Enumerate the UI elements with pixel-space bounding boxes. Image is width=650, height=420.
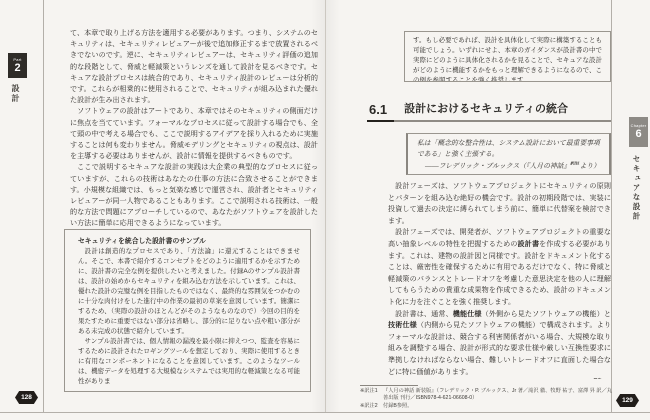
footnote-marker: ※訳注2 (360, 403, 383, 410)
gutter-shadow-right (326, 0, 340, 412)
column-paragraph: サンプル設計書では、個人情報の漏洩を最小限に抑えつつ、監査を容易にするために設計… (78, 337, 300, 387)
column-tab: Column (64, 233, 65, 263)
right-page-body: 設計フェーズは、ソフトウェアプロジェクトにセキュリティの原則とパターンを組み込む… (388, 181, 611, 379)
body-paragraph: 設計フェーズでは、開発者が、ソフトウェアプロジェクトの重要な高い抽象レベルの特性… (388, 227, 611, 308)
left-page-body: て、本章で取り上げる方法を適用する必要があります。つまり、システムのセキュリティ… (70, 28, 318, 227)
part-tab-number: 2 (8, 63, 27, 74)
footnotes: ※訳注1 『人月の神話 新装版』（フレデリック・P. ブルックス、Jr 著／滝沢… (360, 388, 612, 410)
body-paragraph: ここで説明するセキュアな設計の実践は大企業の典型的なプロセスに従っていますが、こ… (70, 162, 318, 227)
body-paragraph: 設計フェーズは、ソフトウェアプロジェクトにセキュリティの原則とパターンを組み込む… (388, 181, 611, 227)
page-gutter-line (325, 0, 326, 412)
body-paragraph: ソフトウェアの設計案を見るときは、「セキュリティハット」訳注2をかぶってください… (388, 378, 611, 379)
quote-attribution: ――フレデリック・ブルックス（『人月の神話』訳注1より） (417, 162, 600, 173)
footnote-text: 付録B参照。 (383, 403, 612, 410)
footnote-row: ※訳注2 付録B参照。 (360, 403, 612, 410)
column-paragraph: 設計は創造的なプロセスであり、「方法論」に還元することはできません。そこで、本書… (78, 247, 300, 337)
column-continuation-box: す。もし必要であれば、設計を具体化して実際に構築することも可能でしょう。いずれに… (404, 31, 611, 82)
column-box: Column セキュリティを統合した設計書のサンプル 設計は創造的なプロセスであ… (64, 229, 311, 392)
body-paragraph: 設計書は、通常、機能仕様（外側から見たソフトウェアの機能）と技術仕様（内側から見… (388, 309, 611, 379)
part-tab: Part 2 (8, 53, 27, 78)
section-number: 6.1 (367, 102, 394, 122)
chapter-tab-number: 6 (629, 129, 648, 140)
section-heading: 6.1 設計におけるセキュリティの統合 (367, 100, 611, 122)
column-continuation-text: す。もし必要であれば、設計を具体化して実際に構築することも可能でしょう。いずれに… (413, 36, 602, 82)
footnote-marker: ※訳注1 (360, 388, 383, 402)
section-title: 設計におけるセキュリティの統合 (394, 100, 611, 122)
left-margin-rule (43, 0, 44, 412)
page-number-left: 128 (15, 391, 38, 404)
quote-text: 私は「概念的な整合性は、システム設計において最重要事項である」と強く主張する。 (417, 139, 600, 160)
quote-box: 私は「概念的な整合性は、システム設計において最重要事項である」と強く主張する。 … (406, 133, 611, 175)
footnote-row: ※訳注1 『人月の神話 新装版』（フレデリック・P. ブルックス、Jr 著／滝沢… (360, 388, 612, 402)
footnote-text: 『人月の神話 新装版』（フレデリック・P. ブルックス、Jr 著／滝沢 徹、牧野… (383, 388, 612, 402)
part-title-vertical: 設計 (10, 84, 21, 104)
bottom-margin-rule (0, 412, 650, 413)
book-spread: Part 2 設計 て、本章で取り上げる方法を適用する必要があります。つまり、シ… (0, 0, 650, 420)
right-margin-rule (611, 0, 612, 412)
chapter-tab: Chapter 6 (629, 117, 648, 147)
body-paragraph: て、本章で取り上げる方法を適用する必要があります。つまり、システムのセキュリティ… (70, 28, 318, 106)
footnote-rule (360, 385, 418, 386)
column-title: セキュリティを統合した設計書のサンプル (78, 235, 300, 245)
page-number-right: 129 (616, 394, 639, 407)
part-tab-label: Part (8, 58, 27, 62)
body-paragraph: ソフトウェアの設計はアートであり、本章ではそのセキュリティの側面だけに焦点を当て… (70, 106, 318, 162)
chapter-title-vertical: セキュアな設計 (631, 155, 642, 222)
